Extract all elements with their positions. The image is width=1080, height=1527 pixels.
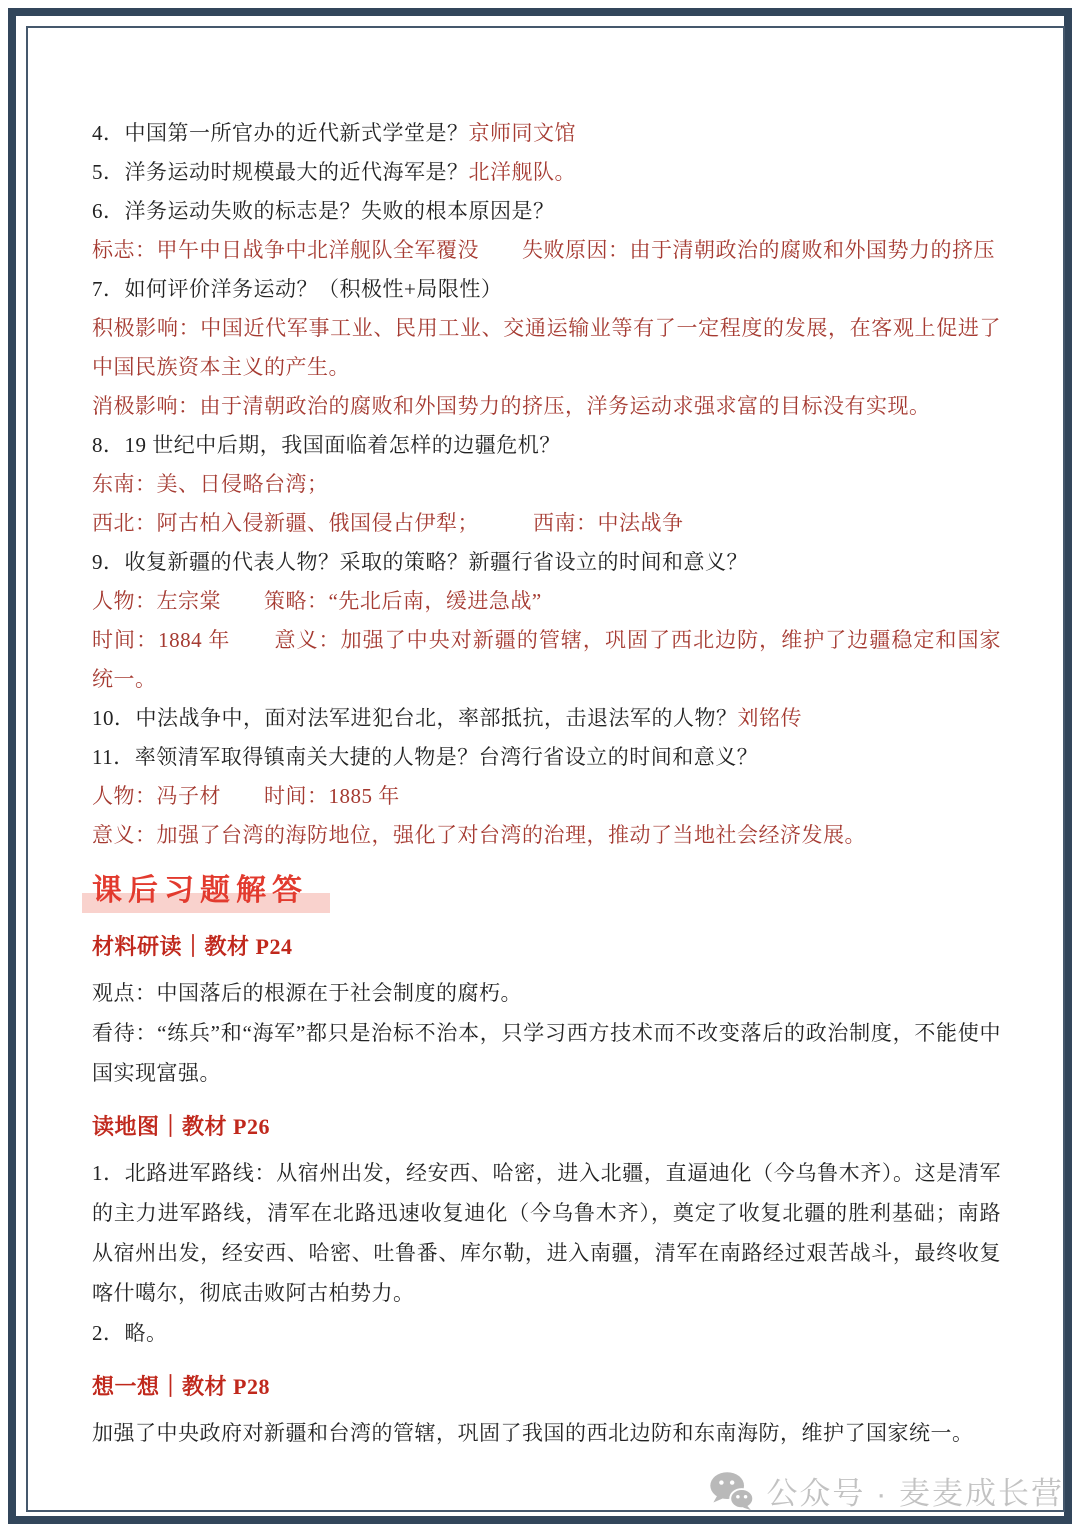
subsection-paragraph: 2．略。 [92,1313,1001,1353]
qa-line: 意义：加强了台湾的海防地位，强化了对台湾的治理，推动了当地社会经济发展。 [92,816,1001,855]
subsection-paragraph: 看待：“练兵”和“海军”都只是治标不治本，只学习西方技术而不改变落后的政治制度，… [92,1013,1001,1093]
answer-text: 人物：冯子材 时间：1885 年 [92,784,400,808]
qa-line: 5．洋务运动时规模最大的近代海军是？北洋舰队。 [92,153,1001,192]
qa-line: 消极影响：由于清朝政治的腐败和外国势力的挤压，洋务运动求强求富的目标没有实现。 [92,387,1001,426]
answer-text: 消极影响：由于清朝政治的腐败和外国势力的挤压，洋务运动求强求富的目标没有实现。 [92,394,931,418]
answer-text: 刘铭传 [738,706,803,730]
qa-line: 8．19 世纪中后期，我国面临着怎样的边疆危机？ [92,426,1001,465]
answer-text: 时间：1884 年 意义：加强了中央对新疆的管辖，巩固了西北边防，维护了边疆稳定… [92,628,1001,691]
qa-line: 11．率领清军取得镇南关大捷的人物是？台湾行省设立的时间和意义？ [92,738,1001,777]
answer-text: 京师同文馆 [469,121,577,145]
wechat-icon [708,1471,754,1511]
answer-text: 标志：甲午中日战争中北洋舰队全军覆没 失败原因：由于清朝政治的腐败和外国势力的挤… [92,238,995,262]
qa-line: 时间：1884 年 意义：加强了中央对新疆的管辖，巩固了西北边防，维护了边疆稳定… [92,621,1001,699]
section-banner-title: 课后习题解答 [82,873,330,913]
qa-line: 6．洋务运动失败的标志是？失败的根本原因是？ [92,192,1001,231]
question-text: 4．中国第一所官办的近代新式学堂是？ [92,121,469,145]
subsection-paragraph: 1．北路进军路线：从宿州出发，经安西、哈密，进入北疆，直逼迪化（今乌鲁木齐）。这… [92,1153,1001,1313]
answer-text: 积极影响：中国近代军事工业、民用工业、交通运输业等有了一定程度的发展，在客观上促… [92,316,1001,379]
qa-line: 人物：冯子材 时间：1885 年 [92,777,1001,816]
document-page: 4．中国第一所官办的近代新式学堂是？京师同文馆5．洋务运动时规模最大的近代海军是… [28,28,1063,1510]
answer-text: 意义：加强了台湾的海防地位，强化了对台湾的治理，推动了当地社会经济发展。 [92,823,866,847]
subsection-paragraph: 加强了中央政府对新疆和台湾的管辖，巩固了我国的西北边防和东南海防，维护了国家统一… [92,1413,1001,1453]
qa-line: 7．如何评价洋务运动？（积极性+局限性） [92,270,1001,309]
question-text: 7．如何评价洋务运动？（积极性+局限性） [92,277,502,301]
qa-line: 西北：阿古柏入侵新疆、俄国侵占伊犁； 西南：中法战争 [92,504,1001,543]
subsection-title: 读地图｜教材 P26 [92,1107,1001,1147]
question-text: 9．收复新疆的代表人物？采取的策略？新疆行省设立的时间和意义？ [92,550,748,574]
subsection-title: 想一想｜教材 P28 [92,1367,1001,1407]
watermark-text: 公众号 · 麦麦成长营 [766,1468,1064,1513]
question-text: 5．洋务运动时规模最大的近代海军是？ [92,160,469,184]
qa-line: 人物：左宗棠 策略：“先北后南，缓进急战” [92,582,1001,621]
subsection-paragraph: 观点：中国落后的根源在于社会制度的腐朽。 [92,973,1001,1013]
section-banner: 课后习题解答 [82,873,1001,913]
answer-text: 北洋舰队。 [469,160,577,184]
qa-line: 积极影响：中国近代军事工业、民用工业、交通运输业等有了一定程度的发展，在客观上促… [92,309,1001,387]
answer-text: 人物：左宗棠 策略：“先北后南，缓进急战” [92,589,542,613]
subsections: 材料研读｜教材 P24观点：中国落后的根源在于社会制度的腐朽。看待：“练兵”和“… [92,927,1001,1453]
qa-line: 标志：甲午中日战争中北洋舰队全军覆没 失败原因：由于清朝政治的腐败和外国势力的挤… [92,231,1001,270]
qa-line: 10．中法战争中，面对法军进犯台北，率部抵抗，击退法军的人物？刘铭传 [92,699,1001,738]
question-text: 8．19 世纪中后期，我国面临着怎样的边疆危机？ [92,433,561,457]
qa-line: 东南：美、日侵略台湾； [92,465,1001,504]
answer-text: 东南：美、日侵略台湾； [92,472,329,496]
answer-text: 西北：阿古柏入侵新疆、俄国侵占伊犁； 西南：中法战争 [92,511,684,535]
subsection-title: 材料研读｜教材 P24 [92,927,1001,967]
qa-line: 4．中国第一所官办的近代新式学堂是？京师同文馆 [92,114,1001,153]
watermark: 公众号 · 麦麦成长营 [708,1468,1064,1513]
question-text: 11．率领清军取得镇南关大捷的人物是？台湾行省设立的时间和意义？ [92,745,758,769]
question-text: 6．洋务运动失败的标志是？失败的根本原因是？ [92,199,555,223]
qa-line: 9．收复新疆的代表人物？采取的策略？新疆行省设立的时间和意义？ [92,543,1001,582]
question-text: 10．中法战争中，面对法军进犯台北，率部抵抗，击退法军的人物？ [92,706,738,730]
qa-section: 4．中国第一所官办的近代新式学堂是？京师同文馆5．洋务运动时规模最大的近代海军是… [92,114,1001,855]
